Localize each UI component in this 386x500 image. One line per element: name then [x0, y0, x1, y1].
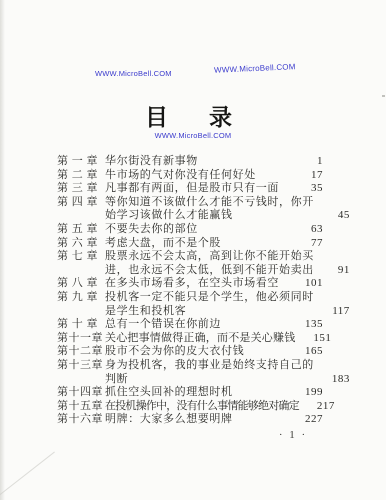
chapter-title-line: 总有一个错误在你前边 — [105, 318, 287, 332]
chapter-label: 第 三 章 — [57, 182, 105, 196]
chapter-label: 第 一 章 — [57, 155, 105, 169]
chapter-title: 考虑大盘，而不是个股 — [105, 237, 287, 251]
chapter-title-line: 等你知道不该做什么才能不亏钱时，你开 — [105, 196, 314, 210]
chapter-label: 第十四章 — [57, 386, 105, 400]
chapter-page-number: 165 — [287, 345, 323, 359]
chapter-title: 股票永远不会太高，高到让你不能开始买 进，也永远不会太低，低到不能开始卖出 — [105, 250, 314, 277]
chapter-label: 第 七 章 — [57, 250, 105, 264]
toc-entry: 第 十 章 总有一个错误在你前边 135 — [57, 318, 323, 332]
chapter-title-line: 股市不会为你的皮大衣付钱 — [105, 345, 287, 359]
toc-entry: 第十三章 身为投机客，我的事业是始终支持自己的 判断 183 — [57, 359, 323, 386]
chapter-title-line: 股票永远不会太高，高到让你不能开始买 — [105, 250, 314, 264]
chapter-page-number: 35 — [287, 182, 323, 196]
chapter-title: 身为投机客，我的事业是始终支持自己的 判断 — [105, 359, 314, 386]
chapter-label: 第 八 章 — [57, 277, 105, 291]
chapter-page-number: 101 — [287, 277, 323, 291]
chapter-title: 等你知道不该做什么才能不亏钱时，你开 始学习该做什么才能赢钱 — [105, 196, 314, 223]
chapter-title: 关心把事情做得正确，而不是关心赚钱 — [105, 332, 295, 346]
toc-entry: 第十六章 明牌：大家多么想要明牌 227 — [57, 413, 323, 427]
chapter-label: 第 六 章 — [57, 237, 105, 251]
chapter-page-number: 77 — [287, 237, 323, 251]
chapter-title-line: 牛市场的气对你没有任何好处 — [105, 169, 287, 183]
toc-entry: 第 九 章 投机客一定不能只是个学生，他必须同时 是学生和投机客 117 — [57, 291, 323, 318]
toc-entry: 第 一 章 华尔街没有新事物 1 — [57, 155, 323, 169]
toc-entry: 第十一章 关心把事情做得正确，而不是关心赚钱 151 — [57, 332, 323, 346]
chapter-label: 第十六章 — [57, 413, 105, 427]
chapter-title: 不要失去你的部位 — [105, 223, 287, 237]
chapter-page-number: 199 — [287, 386, 323, 400]
chapter-label: 第十二章 — [57, 345, 105, 359]
page-title: 目 录 — [0, 99, 386, 132]
page-number-footer: · 1 · — [263, 429, 323, 441]
toc-entry: 第十二章 股市不会为你的皮大衣付钱 165 — [57, 345, 323, 359]
chapter-title-line: 凡事都有两面，但是股市只有一面 — [105, 182, 287, 196]
toc-entry: 第 八 章 在多头市场看多，在空头市场看空 101 — [57, 277, 323, 291]
chapter-page-number: 1 — [287, 155, 323, 169]
toc-entry: 第 五 章 不要失去你的部位 63 — [57, 223, 323, 237]
chapter-page-number: 117 — [314, 305, 350, 319]
chapter-label: 第十一章 — [57, 332, 105, 346]
chapter-page-number: 91 — [314, 264, 350, 278]
toc-entry: 第 四 章 等你知道不该做什么才能不亏钱时，你开 始学习该做什么才能赢钱 45 — [57, 196, 323, 223]
chapter-label: 第 十 章 — [57, 318, 105, 332]
chapter-title-line: 是学生和投机客 — [105, 305, 314, 319]
chapter-title: 总有一个错误在你前边 — [105, 318, 287, 332]
watermark-below-title: WWW.MicroBell.COM — [0, 131, 386, 140]
chapter-page-number: 135 — [287, 318, 323, 332]
chapter-page-number: 227 — [287, 413, 323, 427]
chapter-title-line: 考虑大盘，而不是个股 — [105, 237, 287, 251]
watermark-top-right: WWW.MicroBell.COM — [214, 62, 296, 75]
scan-artifact-speck — [382, 95, 385, 97]
chapter-title-line: 身为投机客，我的事业是始终支持自己的 — [105, 359, 314, 373]
chapter-title: 投机客一定不能只是个学生，他必须同时 是学生和投机客 — [105, 291, 314, 318]
chapter-title-line: 进，也永远不会太低，低到不能开始卖出 — [105, 264, 314, 278]
chapter-label: 第十三章 — [57, 359, 105, 373]
chapter-title: 凡事都有两面，但是股市只有一面 — [105, 182, 287, 196]
chapter-page-number: 183 — [314, 373, 350, 387]
chapter-title-line: 在多头市场看多，在空头市场看空 — [105, 277, 287, 291]
toc-entry: 第 七 章 股票永远不会太高，高到让你不能开始买 进，也永远不会太低，低到不能开… — [57, 250, 323, 277]
chapter-title-line: 明牌：大家多么想要明牌 — [105, 413, 287, 427]
chapter-page-number: 217 — [299, 400, 335, 414]
chapter-title-line: 始学习该做什么才能赢钱 — [105, 209, 314, 223]
toc-entry: 第 二 章 牛市场的气对你没有任何好处 17 — [57, 169, 323, 183]
toc-entry: 第 六 章 考虑大盘，而不是个股 77 — [57, 237, 323, 251]
chapter-page-number: 151 — [295, 332, 331, 346]
chapter-title-line: 投机客一定不能只是个学生，他必须同时 — [105, 291, 314, 305]
chapter-title-line: 不要失去你的部位 — [105, 223, 287, 237]
toc-entry: 第十四章 抓住空头回补的理想时机 199 — [57, 386, 323, 400]
chapter-page-number: 17 — [287, 169, 323, 183]
chapter-title: 牛市场的气对你没有任何好处 — [105, 169, 287, 183]
chapter-title-line: 关心把事情做得正确，而不是关心赚钱 — [105, 332, 295, 346]
chapter-title: 华尔街没有新事物 — [105, 155, 287, 169]
table-of-contents: 第 一 章 华尔街没有新事物 1 第 二 章 牛市场的气对你没有任何好处 17 … — [57, 155, 323, 427]
toc-entry: 第 三 章 凡事都有两面，但是股市只有一面 35 — [57, 182, 323, 196]
chapter-label: 第 四 章 — [57, 196, 105, 210]
chapter-label: 第 二 章 — [57, 169, 105, 183]
chapter-title: 明牌：大家多么想要明牌 — [105, 413, 287, 427]
scan-artifact-line — [0, 452, 55, 496]
watermark-top-left: WWW.MicroBell.COM — [95, 69, 172, 78]
chapter-title-line: 判断 — [105, 373, 314, 387]
chapter-label: 第 五 章 — [57, 223, 105, 237]
chapter-label: 第 九 章 — [57, 291, 105, 305]
chapter-title: 股市不会为你的皮大衣付钱 — [105, 345, 287, 359]
chapter-title: 在多头市场看多，在空头市场看空 — [105, 277, 287, 291]
chapter-label: 第十五章 — [57, 400, 105, 414]
scan-edge-shadow — [0, 0, 5, 500]
chapter-title: 在投机操作中，没有什么事情能够绝对确定 — [105, 400, 299, 414]
toc-entry: 第十五章 在投机操作中，没有什么事情能够绝对确定 217 — [57, 400, 323, 414]
chapter-title: 抓住空头回补的理想时机 — [105, 386, 287, 400]
chapter-page-number: 45 — [314, 209, 350, 223]
chapter-page-number: 63 — [287, 223, 323, 237]
chapter-title-line: 在投机操作中，没有什么事情能够绝对确定 — [105, 400, 299, 414]
chapter-title-line: 抓住空头回补的理想时机 — [105, 386, 287, 400]
chapter-title-line: 华尔街没有新事物 — [105, 155, 287, 169]
